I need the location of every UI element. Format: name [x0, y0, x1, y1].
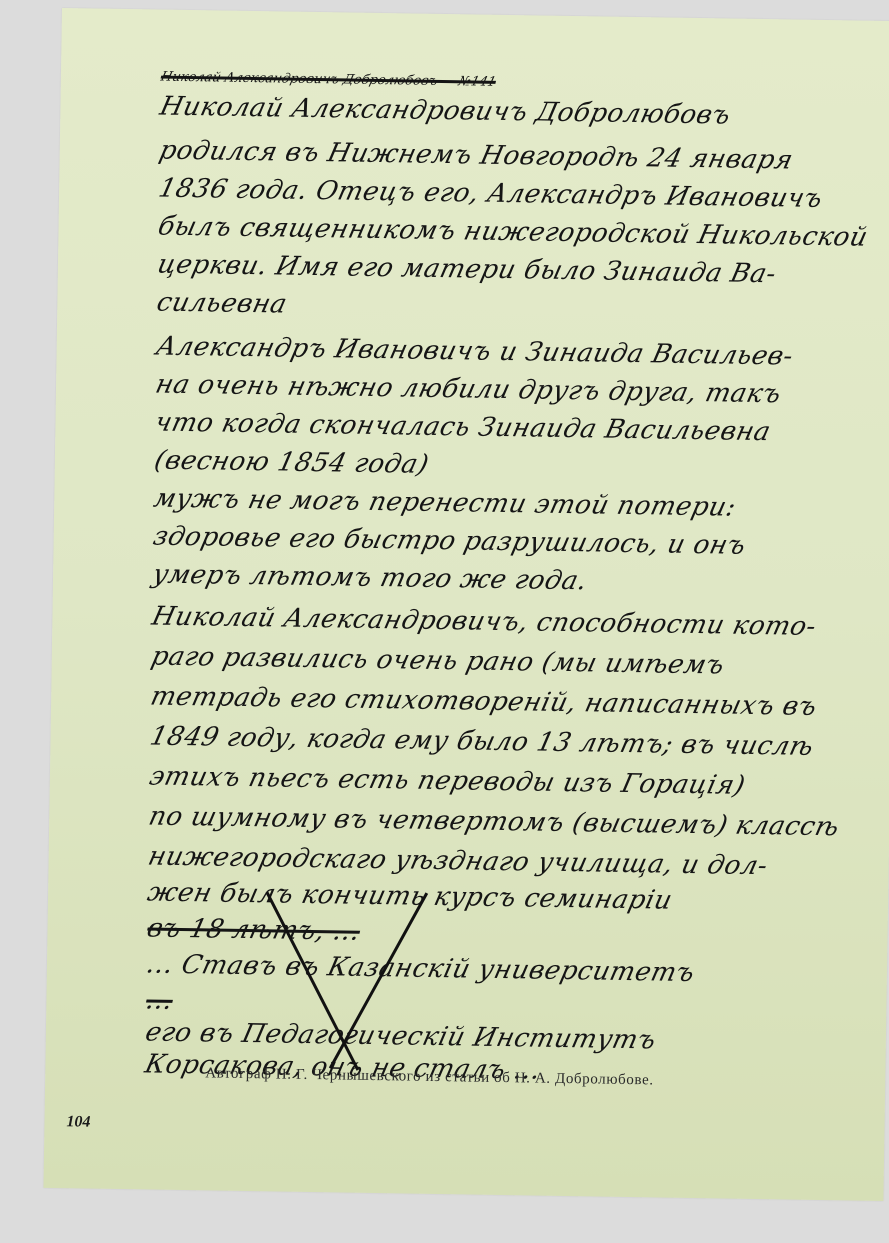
- manuscript-line-struck: въ 18 лѣтъ, ...: [144, 914, 363, 947]
- manuscript-line-struck: ...: [143, 986, 176, 1016]
- manuscript-line: умеръ лѣтомъ того же года.: [150, 560, 591, 597]
- figure-caption: Автограф Н. Г. Чернышевского из статьи о…: [205, 1065, 654, 1089]
- manuscript-line: ... Ставъ въ Казанскій университетъ: [144, 950, 698, 988]
- manuscript-line: жен былъ кончить курсъ семинаріи: [145, 878, 676, 916]
- manuscript-line: Александръ Ивановичъ и Зинаида Васильев-: [153, 332, 796, 372]
- manuscript-header-struck: Николай Александровичъ Добролюбовъ — №14…: [159, 70, 497, 90]
- manuscript-line: былъ священникомъ нижегородской Никольск…: [155, 212, 871, 253]
- manuscript-autograph: Николай Александровичъ Добролюбовъ — №14…: [146, 70, 741, 1059]
- manuscript-line: нижегородскаго уѣзднаго училища, и дол-: [145, 842, 771, 882]
- manuscript-line: по шумному въ четвертомъ (высшемъ) класс…: [146, 802, 842, 843]
- manuscript-line: 1836 года. Отецъ его, Александръ Иванови…: [156, 174, 826, 214]
- manuscript-line: (весною 1854 года): [151, 446, 431, 480]
- manuscript-line: раго развились очень рано (мы имѣемъ: [148, 642, 727, 681]
- book-page: Николай Александровичъ Добролюбовъ — №14…: [43, 8, 889, 1201]
- manuscript-line: этихъ пьесъ есть переводы изъ Горація): [147, 762, 749, 801]
- manuscript-line: Николай Александровичъ, способности кото…: [149, 602, 819, 642]
- manuscript-line: Николай Александровичъ Добролюбовъ: [157, 92, 734, 131]
- manuscript-line: мужъ не могъ перенести этой потери:: [151, 484, 739, 523]
- manuscript-line: что когда скончалась Зинаида Васильевна: [152, 408, 774, 448]
- manuscript-line: родился въ Нижнемъ Новгородѣ 24 января: [156, 136, 796, 176]
- manuscript-line: здоровье его быстро разрушилось, и онъ: [150, 522, 749, 561]
- manuscript-line: тетрадь его стихотвореній, написанныхъ в…: [148, 682, 820, 722]
- manuscript-line: 1849 году, когда ему было 13 лѣтъ; въ чи…: [147, 722, 817, 762]
- page-number: 104: [66, 1113, 90, 1131]
- manuscript-line: на очень нѣжно любили другъ друга, такъ: [153, 370, 785, 410]
- manuscript-line: церкви. Имя его матери было Зинаида Ва-: [155, 250, 780, 290]
- manuscript-line: сильевна: [154, 288, 290, 320]
